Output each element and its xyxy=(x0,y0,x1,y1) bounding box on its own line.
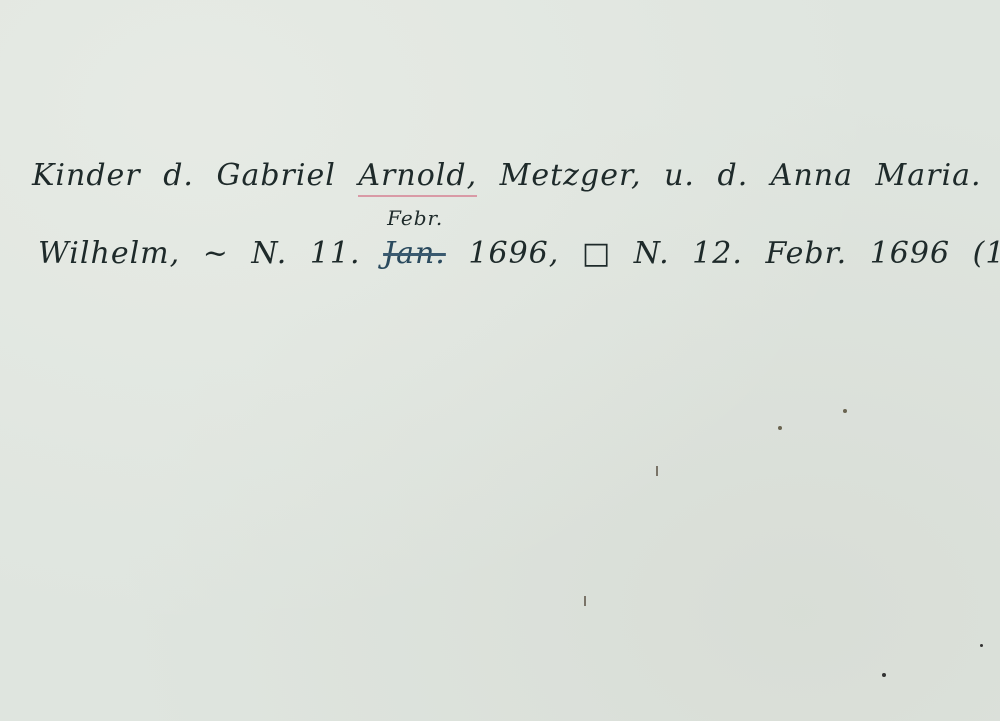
month-original: Jan. xyxy=(383,236,446,271)
burial-month: Febr. xyxy=(765,236,847,271)
paper-spot xyxy=(882,673,886,677)
paper-mark xyxy=(584,596,586,606)
word-u: u. xyxy=(664,158,695,193)
father-given-name: Gabriel xyxy=(216,158,335,193)
word-kinder: Kinder xyxy=(32,158,141,193)
paper-spot xyxy=(843,409,847,413)
paper-spot xyxy=(980,644,983,647)
paper-mark xyxy=(656,466,658,476)
word-d-2: d. xyxy=(717,158,748,193)
burial-symbol: □ xyxy=(582,236,611,271)
baptism-symbol: ~ xyxy=(203,236,229,271)
mother-given-name-1: Anna xyxy=(771,158,853,193)
surname-underlined: Arnold, xyxy=(358,158,477,197)
baptism-place: N. xyxy=(251,236,287,271)
card-line-parents: Kinder d. Gabriel Arnold, Metzger, u. d.… xyxy=(32,158,994,197)
baptism-year: 1696, xyxy=(468,236,559,271)
burial-year: 1696 xyxy=(870,236,950,271)
paper-spot xyxy=(778,426,782,430)
burial-place: N. xyxy=(634,236,670,271)
age-at-death: (17 T.) xyxy=(973,236,1000,271)
baptism-month-corrected: Febr. Jan. xyxy=(383,236,446,271)
baptism-day: 11. xyxy=(310,236,361,271)
burial-day: 12. xyxy=(692,236,743,271)
child-name: Wilhelm, xyxy=(38,236,180,271)
word-d: d. xyxy=(163,158,194,193)
index-card: Kinder d. Gabriel Arnold, Metzger, u. d.… xyxy=(0,0,1000,721)
card-line-child: Wilhelm, ~ N. 11. Febr. Jan. 1696, □ N. … xyxy=(38,236,1000,271)
father-occupation: Metzger, xyxy=(500,158,642,193)
month-correction: Febr. xyxy=(387,206,443,230)
mother-given-name-2: Maria. xyxy=(876,158,982,193)
